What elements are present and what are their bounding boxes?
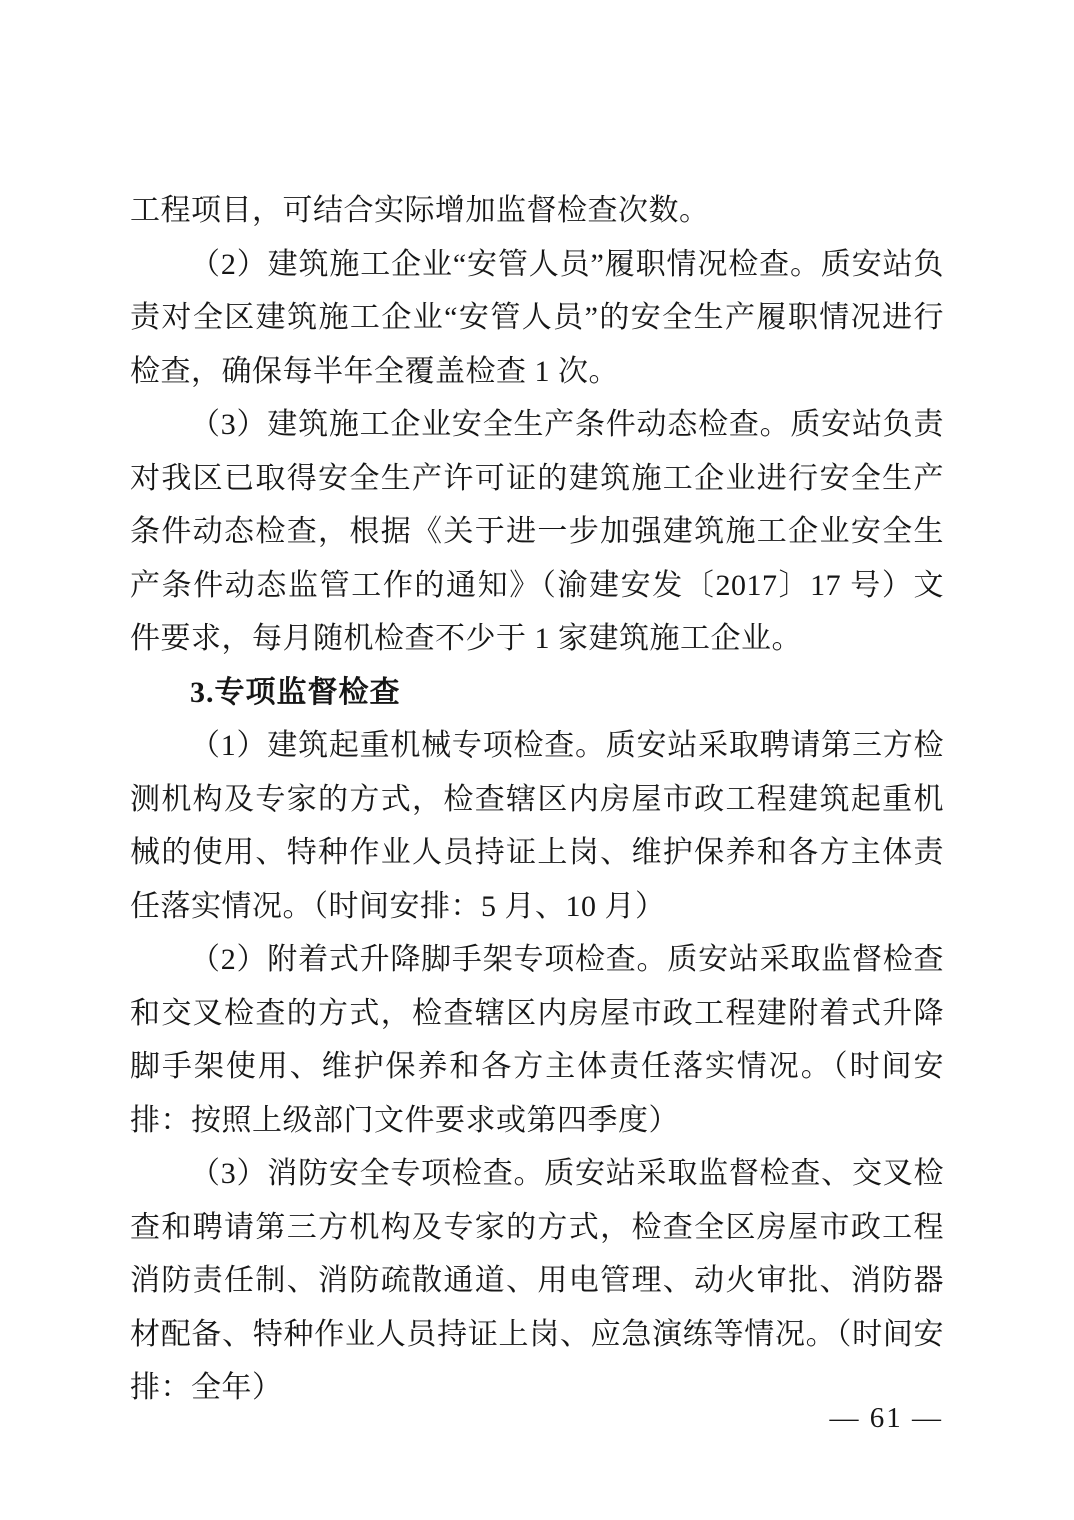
page-number: — 61 — [830,1400,944,1436]
paragraph-item-1-crane-machinery: （1）建筑起重机械专项检查。质安站采取聘请第三方检测机构及专家的方式，检查辖区内… [130,719,944,933]
paragraph-item-2-personnel-check: （2）建筑施工企业“安管人员”履职情况检查。质安站负责对全区建筑施工企业“安管人… [130,238,944,399]
document-body: 工程项目，可结合实际增加监督检查次数。 （2）建筑施工企业“安管人员”履职情况检… [130,184,944,1415]
paragraph-item-3-dynamic-check: （3）建筑施工企业安全生产条件动态检查。质安站负责对我区已取得安全生产许可证的建… [130,398,944,666]
paragraph-item-3-fire-safety: （3）消防安全专项检查。质安站采取监督检查、交叉检查和聘请第三方机构及专家的方式… [130,1147,944,1415]
paragraph-continued: 工程项目，可结合实际增加监督检查次数。 [130,184,944,238]
paragraph-item-2-scaffold: （2）附着式升降脚手架专项检查。质安站采取监督检查和交叉检查的方式，检查辖区内房… [130,933,944,1147]
section-heading-special-inspection: 3.专项监督检查 [130,666,944,720]
document-page: 工程项目，可结合实际增加监督检查次数。 （2）建筑施工企业“安管人员”履职情况检… [0,0,1074,1520]
